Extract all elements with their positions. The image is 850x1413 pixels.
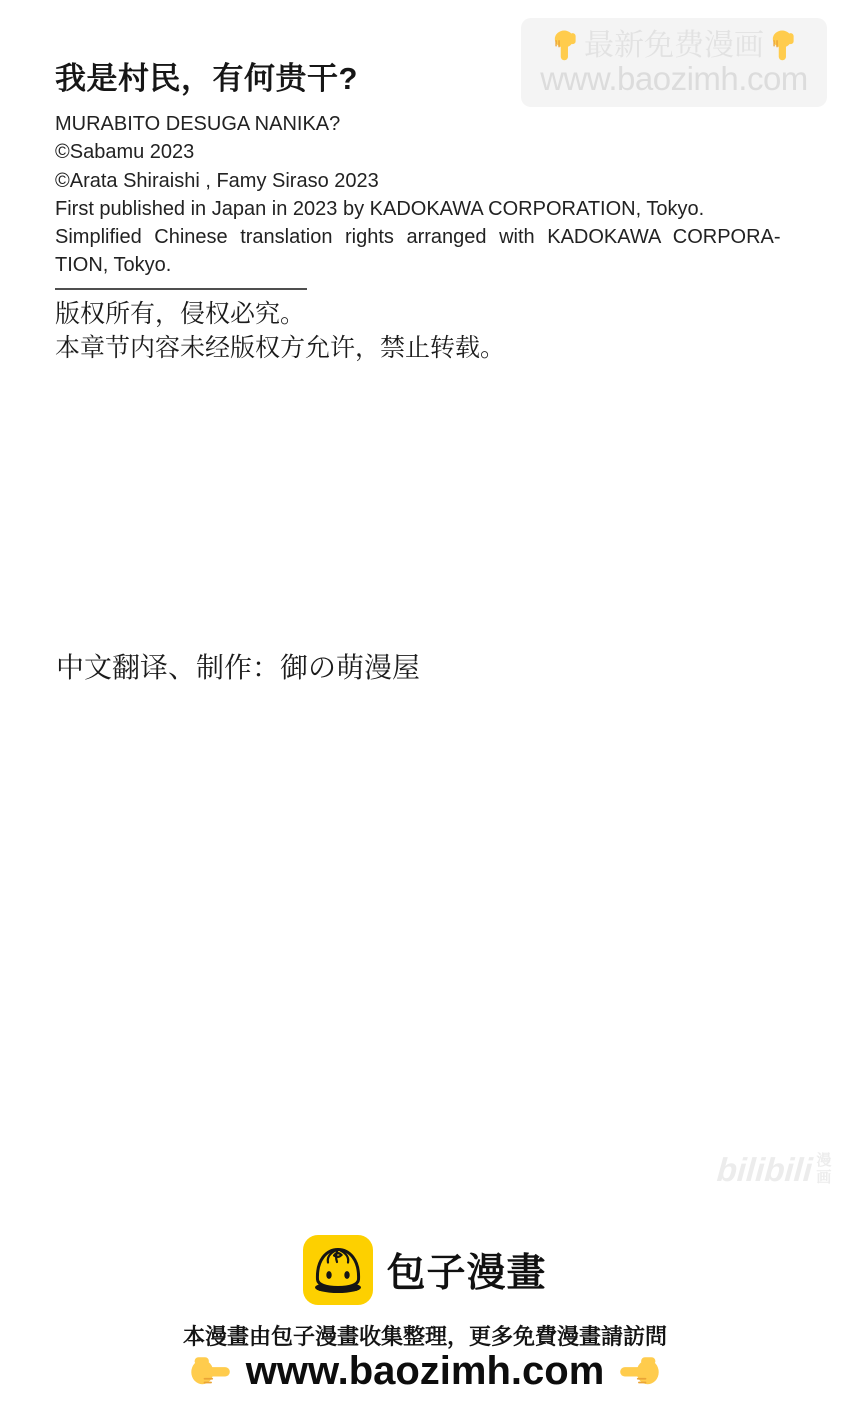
rights-notice-line2: 本章节内容未经版权方允许，禁止转载。 [55, 331, 505, 365]
copyright-line: First published in Japan in 2023 by KADO… [55, 195, 792, 223]
brand-row: 包子漫畫 [0, 1235, 850, 1305]
copyright-block: MURABITO DESUGA NANIKA? ©Sabamu 2023 ©Ar… [55, 110, 792, 280]
rights-notice-line1: 版权所有，侵权必究。 [55, 297, 505, 331]
translation-credit: 中文翻译、制作：御の萌漫屋 [56, 646, 420, 686]
copyright-line: Simplified Chinese translation rights ar… [55, 223, 792, 251]
site-url-link[interactable]: www.baozimh.com [0, 1346, 850, 1396]
rights-notice: 版权所有，侵权必究。 本章节内容未经版权方允许，禁止转载。 [55, 297, 505, 365]
manga-credits-page: 最新免费漫画 www.baozimh.com 我是村民，有何贵干? MURABI… [0, 0, 850, 1413]
copyright-line: MURABITO DESUGA NANIKA? [55, 110, 792, 138]
point-down-icon [548, 28, 582, 62]
bilibili-wordmark: bilibili [716, 1153, 814, 1186]
copyright-line: ©Sabamu 2023 [55, 138, 792, 166]
bilibili-logo: bilibili 漫 画 [717, 1152, 831, 1187]
divider-line [55, 288, 307, 290]
watermark-slogan: 最新免费漫画 [584, 29, 764, 62]
copyright-line: ©Arata Shiraishi , Famy Siraso 2023 [55, 167, 792, 195]
point-right-icon [188, 1349, 232, 1393]
copyright-line: TION, Tokyo. [55, 251, 792, 279]
brand-name: 包子漫畫 [386, 1242, 546, 1298]
baozi-bun-logo-icon [303, 1235, 373, 1305]
site-url-text[interactable]: www.baozimh.com [246, 1349, 605, 1394]
point-left-icon [618, 1349, 662, 1393]
site-watermark-box: 最新免费漫画 www.baozimh.com [521, 18, 827, 107]
watermark-url: www.baozimh.com [540, 62, 808, 97]
page-title: 我是村民，有何贵干? [55, 53, 358, 98]
watermark-line1: 最新免费漫画 [548, 28, 800, 62]
point-down-icon [766, 28, 800, 62]
bilibili-manga-label: 漫 画 [816, 1152, 831, 1187]
